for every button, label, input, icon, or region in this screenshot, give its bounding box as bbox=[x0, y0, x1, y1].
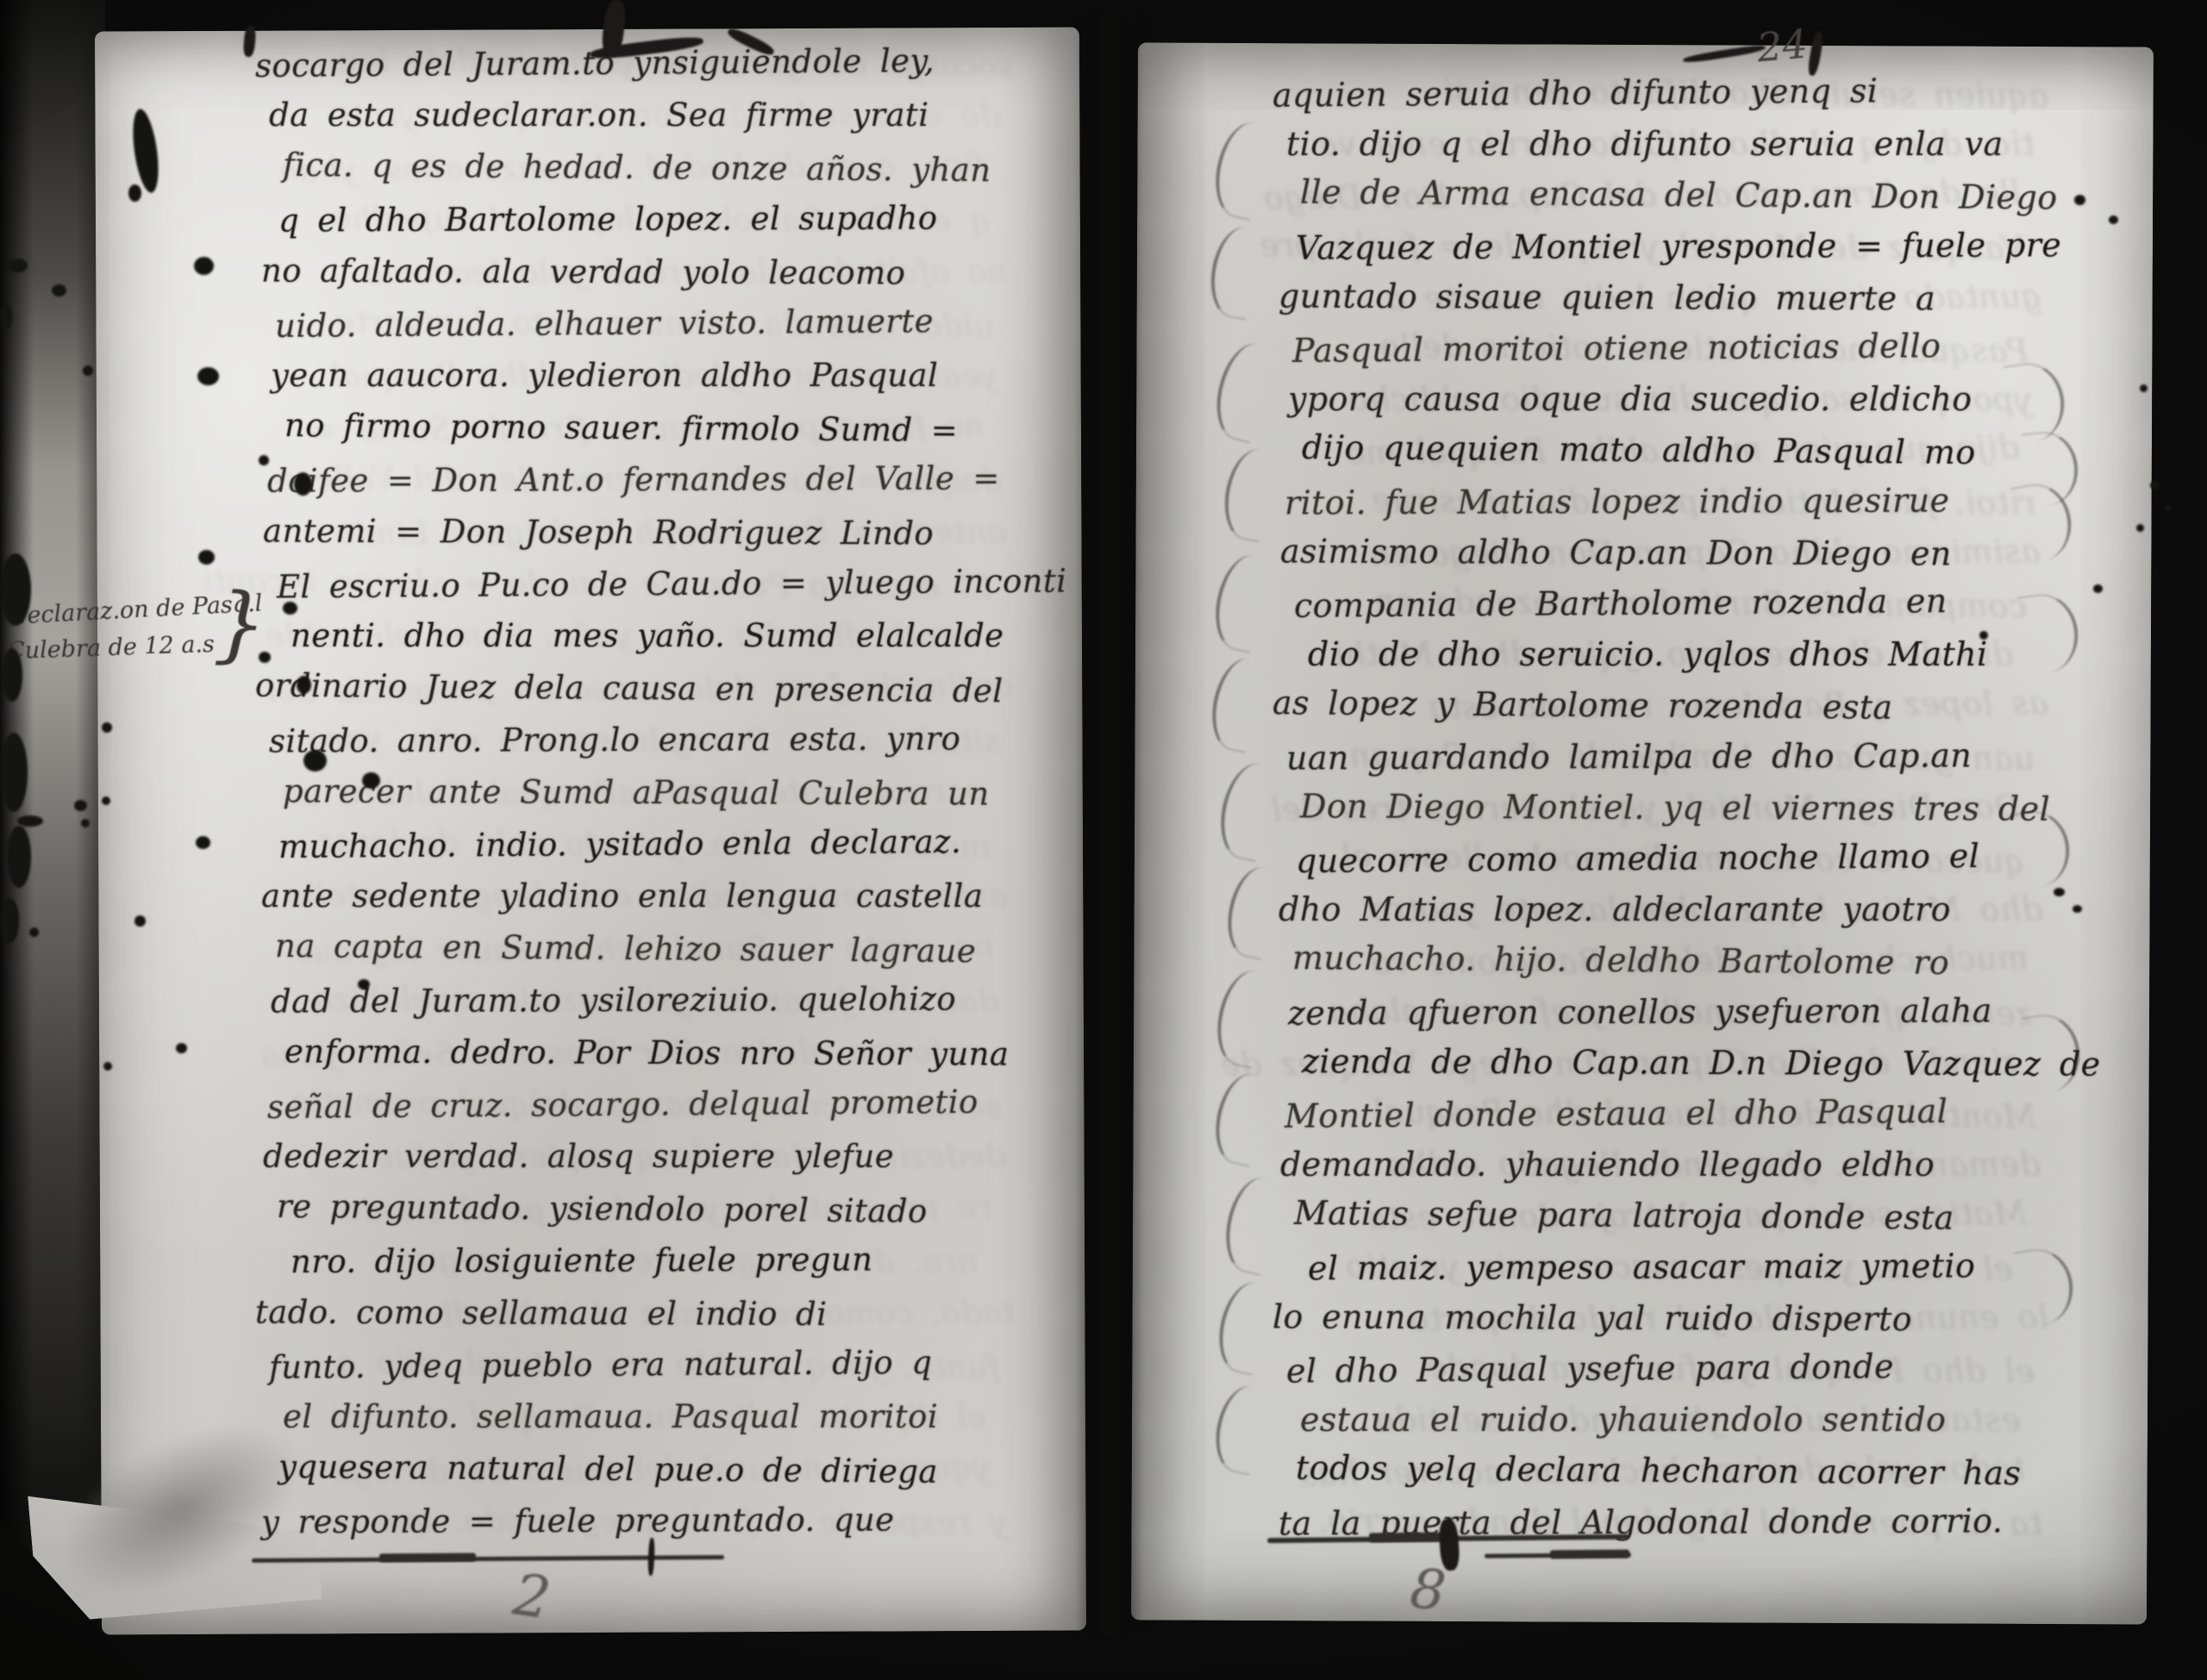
book-gutter-shadow bbox=[1076, 14, 1143, 1636]
manuscript-line: ordinario Juez dela causa en presencia d… bbox=[255, 666, 1003, 709]
manuscript-line: fica. q es de hedad. de onze años. yhan bbox=[283, 147, 991, 189]
manuscript-line: yquesera natural del pue.o de diriega bbox=[278, 1448, 938, 1490]
manuscript-line: muchacho. indio. ysitado enla declaraz. bbox=[278, 823, 961, 865]
manuscript-line: na capta en Sumd. lehizo sauer lagraue bbox=[275, 927, 976, 970]
manuscript-line: zienda de dho Cap.an D.n Diego Vazquez d… bbox=[1302, 1042, 2101, 1084]
manuscript-line: dad del Juram.to ysiloreziuio. quelohizo bbox=[271, 981, 956, 1021]
ink-blot bbox=[9, 259, 28, 272]
manuscript-line: re preguntado. ysiendolo porel sitado bbox=[277, 1188, 928, 1230]
manuscript-line: el difunto. sellamaua. Pasqual moritoi bbox=[283, 1398, 938, 1435]
manuscript-line: todos yelq declara hecharon acorrer has bbox=[1296, 1449, 2022, 1492]
baseline-rule bbox=[1550, 1550, 1629, 1559]
ink-blot bbox=[74, 800, 87, 811]
manuscript-line: socargo del Juram.to ynsiguiendole ley, bbox=[255, 42, 935, 84]
manuscript-line: da esta sudeclarar.on. Sea firme yrati bbox=[269, 97, 928, 134]
ink-blot bbox=[294, 472, 312, 496]
manuscript-line: aquien seruia dho difunto yenq si bbox=[1272, 72, 1879, 114]
ink-blot bbox=[2109, 215, 2118, 224]
spine-stitch-blot bbox=[0, 733, 28, 812]
ink-blot bbox=[2073, 905, 2082, 913]
ink-blot bbox=[2150, 481, 2160, 490]
ink-blot bbox=[198, 550, 215, 565]
manuscript-line: Vazquez de Montiel yresponde = fuele pre bbox=[1296, 226, 2061, 266]
manuscript-line: El escriu.o Pu.co de Cau.do = yluego inc… bbox=[277, 562, 1067, 605]
manuscript-line: doifee = Don Ant.o fernandes del Valle = bbox=[267, 460, 1000, 500]
manuscript-line: dedezir verdad. alosq supiere ylefue bbox=[263, 1138, 894, 1175]
ink-blot bbox=[283, 602, 297, 615]
ink-blot bbox=[102, 796, 110, 805]
ink-blot bbox=[2093, 584, 2103, 593]
manuscript-line: lo enuna mochila yal ruido disperto bbox=[1272, 1297, 1912, 1338]
manuscript-line: tio. dijo q el dho difunto seruia enla v… bbox=[1286, 125, 2004, 163]
manuscript-line: ante sedente yladino enla lengua castell… bbox=[261, 877, 983, 915]
spine-stitch-blot bbox=[7, 826, 31, 888]
manuscript-line: el maiz. yempeso asacar maiz ymetio bbox=[1308, 1246, 1975, 1287]
manuscript-line: yean aaucora. yledieron aldho Pasqual bbox=[271, 357, 938, 394]
manuscript-line: parecer ante Sumd aPasqual Culebra un bbox=[283, 772, 990, 812]
ink-blot bbox=[128, 184, 141, 202]
ink-blot bbox=[259, 455, 269, 465]
spine-stitch-blot bbox=[2, 648, 22, 702]
ink-blot bbox=[259, 652, 271, 663]
manuscript-line: compania de Bartholome rozenda en bbox=[1294, 582, 1948, 625]
right-page-text: aquien seruia dho difunto yenq sitio. di… bbox=[1272, 74, 2048, 1591]
manuscript-line: dijo quequien mato aldho Pasqual mo bbox=[1302, 428, 1976, 472]
ink-blot bbox=[362, 772, 380, 789]
ink-blot bbox=[176, 1043, 187, 1053]
ink-blot bbox=[81, 819, 90, 828]
manuscript-line: dho Matias lopez. aldeclarante yaotro bbox=[1279, 890, 1951, 928]
ink-blot bbox=[2136, 524, 2144, 532]
manuscript-line: asimismo aldho Cap.an Don Diego en bbox=[1280, 532, 1952, 572]
ink-blot bbox=[134, 915, 146, 927]
ink-blot bbox=[303, 750, 327, 771]
manuscript-line: el dho Pasqual ysefue para donde bbox=[1286, 1347, 1894, 1390]
manuscript-line: lle de Arma encasa del Cap.an Don Diego bbox=[1300, 173, 2058, 217]
ink-blot bbox=[17, 815, 43, 827]
manuscript-line: quecorre como amedia noche llamo el bbox=[1296, 837, 1979, 880]
manuscript-line: dio de dho seruicio. yqlos dhos Mathi bbox=[1308, 635, 1988, 673]
manuscript-line: Don Diego Montiel. yq el viernes tres de… bbox=[1300, 787, 2050, 828]
ink-blot bbox=[102, 722, 112, 733]
manuscript-line: uido. aldeuda. elhauer visto. lamuerte bbox=[275, 303, 934, 345]
manuscript-photo: socargo del Juram.to ynsiguiendole ley,d… bbox=[0, 0, 2207, 1680]
ink-blot bbox=[2054, 888, 2065, 896]
manuscript-line: muchacho. hijo. deldho Bartolome ro bbox=[1292, 939, 1949, 982]
ink-blot bbox=[297, 676, 311, 694]
manuscript-line: as lopez y Bartolome rozenda esta bbox=[1272, 684, 1893, 728]
manuscript-line: funto. ydeq pueblo era natural. dijo q bbox=[269, 1344, 933, 1386]
manuscript-line: enforma. dedro. Por Dios nro Señor yuna bbox=[284, 1033, 1010, 1072]
right-catchword-flourish: 8 bbox=[1407, 1557, 1448, 1624]
manuscript-line: ritoi. fue Matias lopez indio quesirue bbox=[1285, 481, 1950, 521]
manuscript-line: sitado. anro. Prong.lo encara esta. ynro bbox=[269, 721, 961, 760]
manuscript-line: nenti. dho dia mes yaño. Sumd elalcalde bbox=[291, 617, 1003, 654]
ink-blot bbox=[196, 836, 210, 849]
ink-blot bbox=[52, 284, 66, 297]
manuscript-line: zenda qfueron conellos ysefueron alaha bbox=[1288, 991, 1992, 1032]
manuscript-line: q el dho Bartolome lopez. el supadho bbox=[278, 200, 938, 240]
ink-blot bbox=[83, 365, 93, 376]
ink-blot bbox=[197, 367, 219, 385]
manuscript-line: Montiel donde estaua el dho Pasqual bbox=[1285, 1092, 1948, 1135]
manuscript-line: estaua el ruido. yhauiendolo sentido bbox=[1300, 1401, 1946, 1439]
ink-blot bbox=[29, 927, 39, 937]
left-page-text: socargo del Juram.to ynsiguiendole ley,d… bbox=[255, 45, 1014, 1596]
ink-blot bbox=[358, 979, 370, 990]
manuscript-line: guntado sisaue quien ledio muerte a bbox=[1279, 277, 1935, 317]
manuscript-line: Pasqual moritoi otiene noticias dello bbox=[1292, 327, 1941, 370]
manuscript-line: demandado. yhauiendo llegado eldho bbox=[1280, 1146, 1935, 1183]
ink-blot bbox=[2164, 503, 2172, 511]
baseline-rule bbox=[1369, 1533, 1441, 1543]
manuscript-line: antemi = Don Joseph Rodriguez Lindo bbox=[263, 512, 934, 552]
manuscript-line: nro. dijo losiguiente fuele pregun bbox=[291, 1241, 873, 1281]
ink-blot bbox=[0, 303, 12, 329]
manuscript-line: Matias sefue para latroja donde esta bbox=[1294, 1194, 1954, 1237]
spine-stitch-blot bbox=[0, 898, 19, 943]
manuscript-line: no afaltado. ala verdad yolo leacomo bbox=[261, 252, 905, 291]
baseline-rule bbox=[379, 1553, 476, 1563]
manuscript-line: no firmo porno sauer. firmolo Sumd = bbox=[284, 407, 959, 449]
manuscript-line: yporq causa oque dia sucedio. eldicho bbox=[1288, 380, 1973, 418]
manuscript-line: uan guardando lamilpa de dho Cap.an bbox=[1286, 736, 1972, 777]
spine-stitch-blot bbox=[0, 553, 31, 626]
manuscript-line: tado. como sellamaua el indio di bbox=[255, 1293, 827, 1333]
ink-blot bbox=[1979, 631, 1988, 640]
ink-blot bbox=[103, 1062, 112, 1071]
manuscript-line: y responde = fuele preguntado. que bbox=[261, 1502, 895, 1541]
ink-blot bbox=[2140, 384, 2148, 392]
ink-blot bbox=[194, 257, 214, 275]
manuscript-line: señal de cruz. socargo. delqual prometio bbox=[267, 1084, 978, 1126]
ink-blot bbox=[2074, 195, 2085, 205]
